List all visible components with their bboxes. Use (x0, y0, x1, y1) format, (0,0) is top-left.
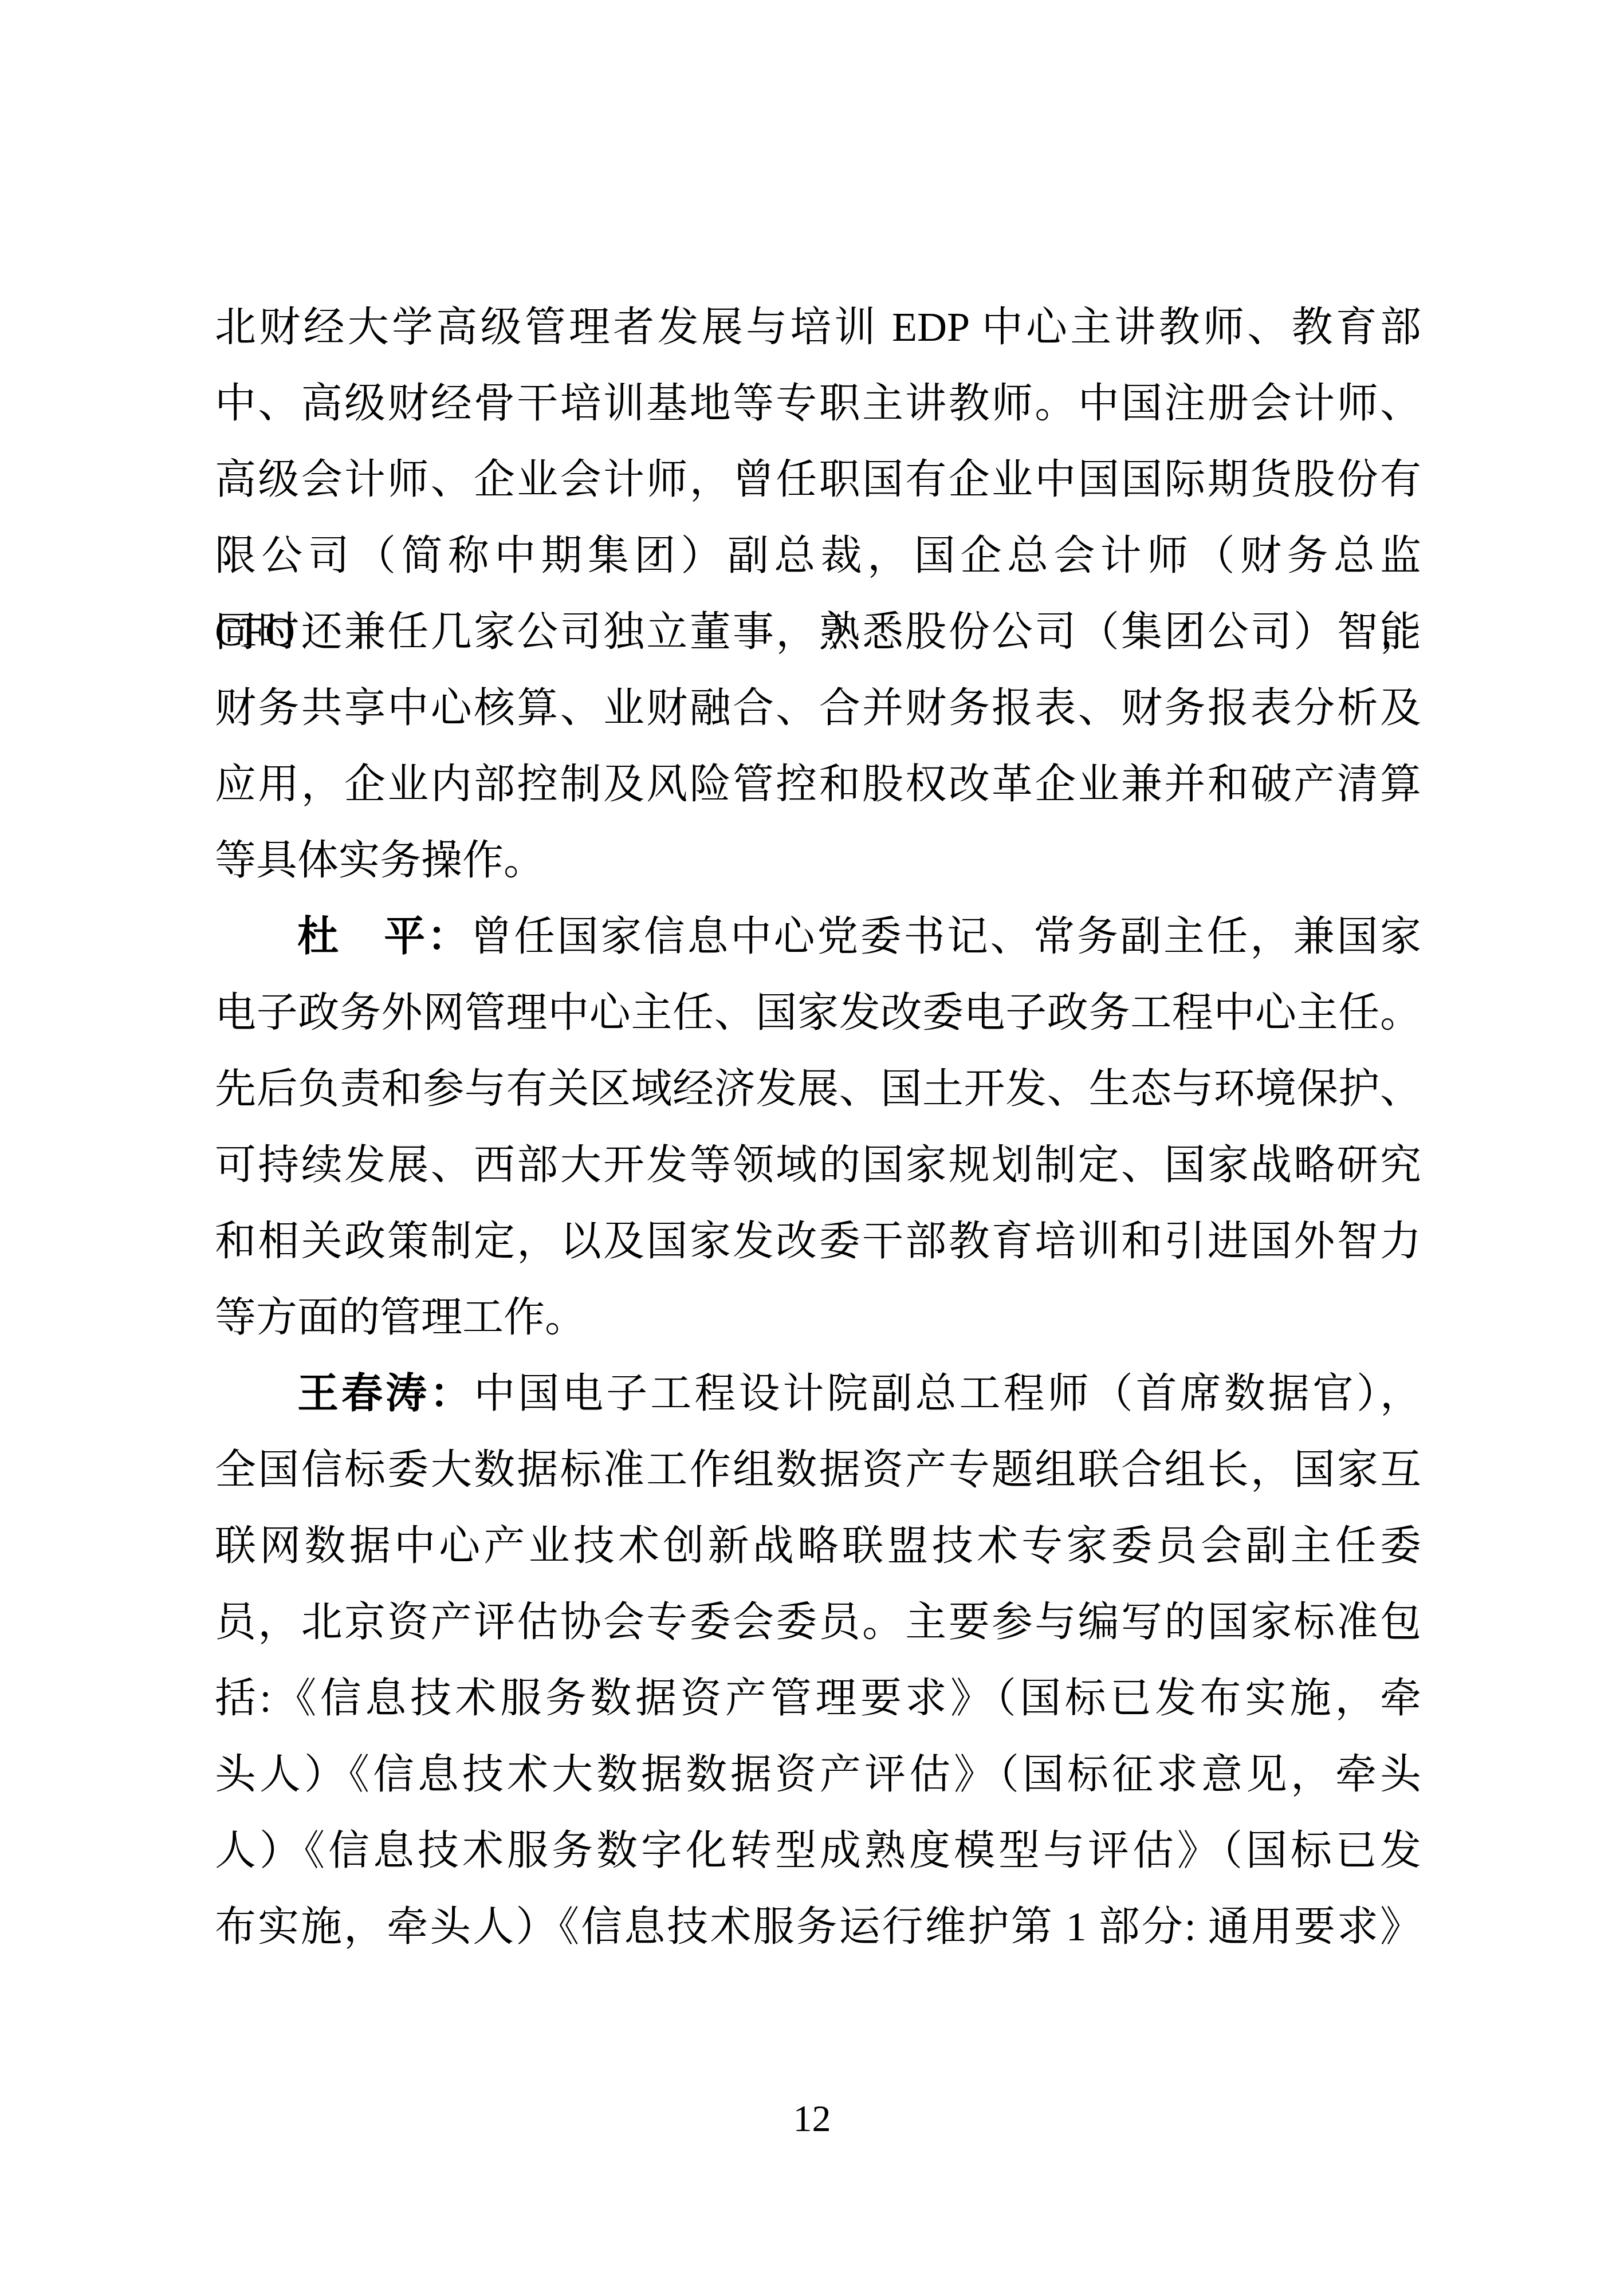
line-text: 人）《信息技术服务数字化转型成熟度模型与评估》（国标已发 (215, 1828, 1421, 1873)
text-line: 财务共享中心核算、业财融合、合并财务报表、财务报表分析及 (215, 670, 1421, 746)
text-line: 头人）《信息技术大数据数据资产评估》（国标征求意见，牵头 (215, 1736, 1421, 1813)
line-text: 全国信标委大数据标准工作组数据资产专题组联合组长，国家互 (215, 1447, 1421, 1492)
line-text: 可持续发展、西部大开发等领域的国家规划制定、国家战略研究 (215, 1142, 1421, 1188)
text-line: 联网数据中心产业技术创新战略联盟技术专家委员会副主任委 (215, 1508, 1421, 1584)
text-line: 王春涛：中国电子工程设计院副总工程师（首席数据官）， (215, 1356, 1421, 1432)
text-line: 杜 平：曾任国家信息中心党委书记、常务副主任，兼国家 (215, 899, 1421, 975)
text-line: 等具体实务操作。 (215, 822, 1421, 899)
line-text: 北财经大学高级管理者发展与培训 EDP 中心主讲教师、教育部 (215, 304, 1421, 350)
line-text: 同时还兼任几家公司独立董事，熟悉股份公司（集团公司）智能 (215, 609, 1421, 655)
text-line: 先后负责和参与有关区域经济发展、国土开发、生态与环境保护、 (215, 1051, 1421, 1127)
line-text: 应用，企业内部控制及风险管控和股权改革企业兼并和破产清算 (215, 761, 1421, 807)
line-text: 中、高级财经骨干培训基地等专职主讲教师。中国注册会计师、 (215, 380, 1421, 426)
text-line: 高级会计师、企业会计师，曾任职国有企业中国国际期货股份有 (215, 442, 1421, 518)
document-body: 北财经大学高级管理者发展与培训 EDP 中心主讲教师、教育部中、高级财经骨干培训… (215, 289, 1421, 1965)
line-text: 布实施，牵头人）《信息技术服务运行维护第 1 部分: 通用要求》 (215, 1904, 1421, 1950)
line-text: 电子政务外网管理中心主任、国家发改委电子政务工程中心主任。 (215, 990, 1421, 1035)
text-line: 限公司（简称中期集团）副总裁，国企总会计师（财务总监 CFO）， (215, 518, 1421, 594)
text-line: 同时还兼任几家公司独立董事，熟悉股份公司（集团公司）智能 (215, 594, 1421, 670)
page-number: 12 (0, 2090, 1624, 2148)
line-text: 中国电子工程设计院副总工程师（首席数据官）， (474, 1370, 1421, 1416)
line-text: 曾任国家信息中心党委书记、常务副主任，兼国家 (470, 913, 1421, 959)
text-line: 中、高级财经骨干培训基地等专职主讲教师。中国注册会计师、 (215, 365, 1421, 442)
text-line: 布实施，牵头人）《信息技术服务运行维护第 1 部分: 通用要求》 (215, 1889, 1421, 1965)
text-line: 员，北京资产评估协会专委会委员。主要参与编写的国家标准包 (215, 1584, 1421, 1660)
line-text: 头人）《信息技术大数据数据资产评估》（国标征求意见，牵头 (215, 1751, 1421, 1797)
text-line: 等方面的管理工作。 (215, 1279, 1421, 1356)
line-text: 员，北京资产评估协会专委会委员。主要参与编写的国家标准包 (215, 1599, 1421, 1645)
speaker-name: 王春涛： (297, 1370, 474, 1416)
text-line: 人）《信息技术服务数字化转型成熟度模型与评估》（国标已发 (215, 1813, 1421, 1889)
line-text: 和相关政策制定，以及国家发改委干部教育培训和引进国外智力 (215, 1218, 1421, 1264)
text-line: 全国信标委大数据标准工作组数据资产专题组联合组长，国家互 (215, 1432, 1421, 1508)
line-text: 等方面的管理工作。 (215, 1294, 586, 1340)
line-text: 先后负责和参与有关区域经济发展、国土开发、生态与环境保护、 (215, 1066, 1421, 1112)
text-line: 和相关政策制定，以及国家发改委干部教育培训和引进国外智力 (215, 1203, 1421, 1279)
line-text: 高级会计师、企业会计师，曾任职国有企业中国国际期货股份有 (215, 456, 1421, 502)
line-text: 财务共享中心核算、业财融合、合并财务报表、财务报表分析及 (215, 685, 1421, 731)
line-text: 等具体实务操作。 (215, 837, 545, 883)
line-text: 联网数据中心产业技术创新战略联盟技术专家委员会副主任委 (215, 1523, 1421, 1569)
document-page: 北财经大学高级管理者发展与培训 EDP 中心主讲教师、教育部中、高级财经骨干培训… (0, 0, 1624, 2296)
text-line: 应用，企业内部控制及风险管控和股权改革企业兼并和破产清算 (215, 746, 1421, 822)
line-text: 括:《信息技术服务数据资产管理要求》（国标已发布实施，牵 (215, 1675, 1421, 1721)
text-line: 电子政务外网管理中心主任、国家发改委电子政务工程中心主任。 (215, 975, 1421, 1051)
speaker-name: 杜 平： (297, 913, 470, 959)
text-line: 括:《信息技术服务数据资产管理要求》（国标已发布实施，牵 (215, 1660, 1421, 1736)
text-line: 北财经大学高级管理者发展与培训 EDP 中心主讲教师、教育部 (215, 289, 1421, 365)
text-line: 可持续发展、西部大开发等领域的国家规划制定、国家战略研究 (215, 1127, 1421, 1203)
